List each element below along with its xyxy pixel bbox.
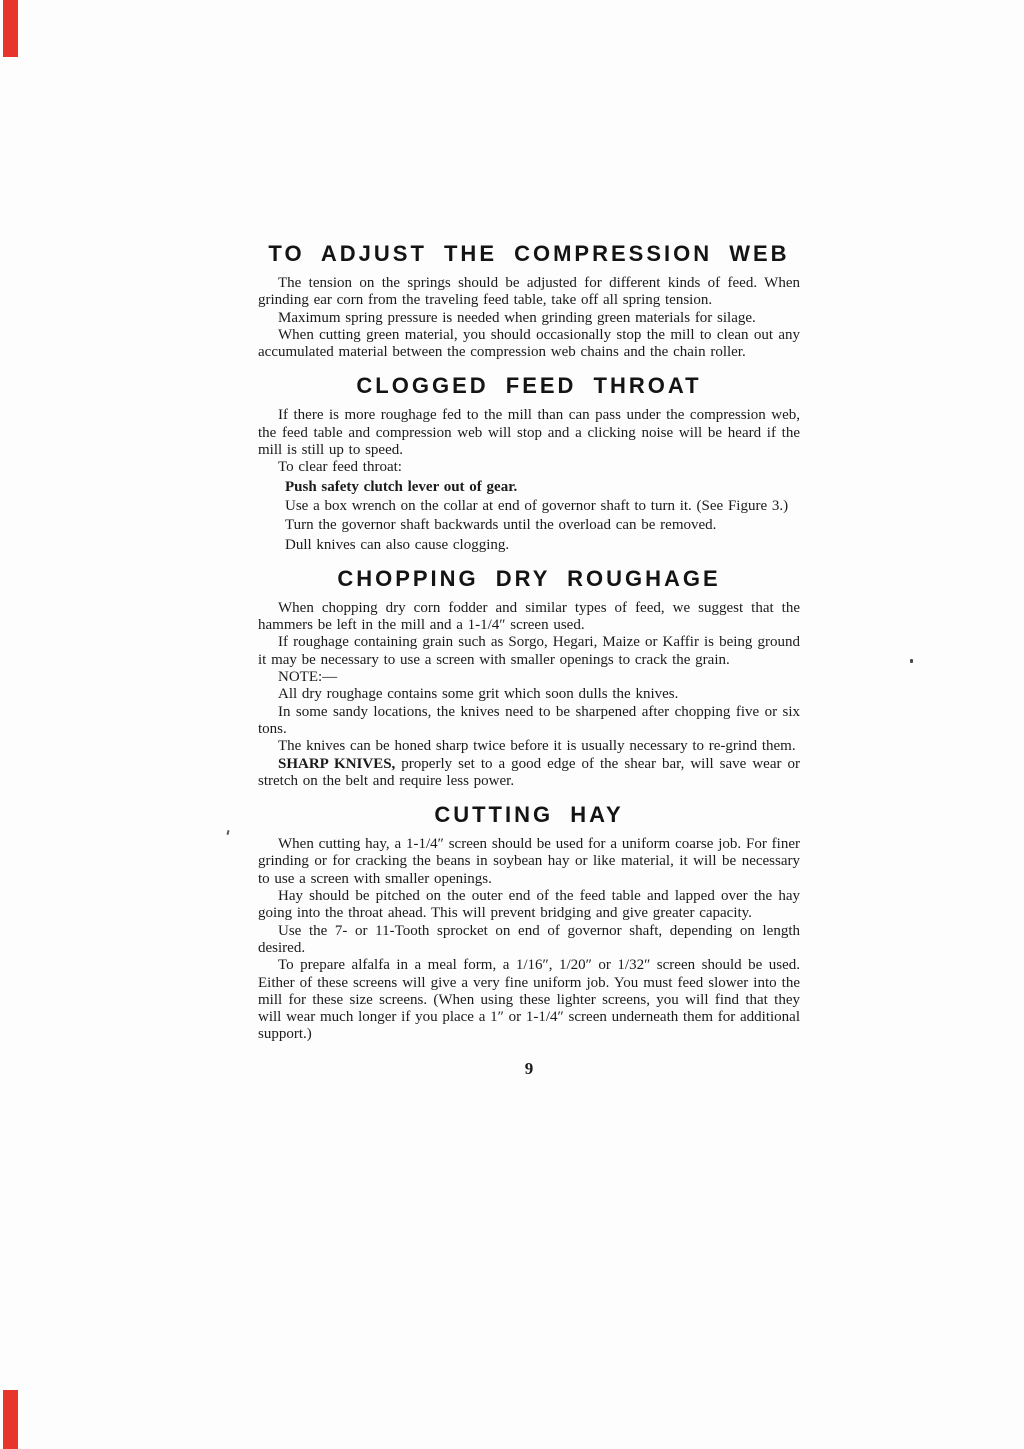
paragraph: To clear feed throat: <box>258 459 800 476</box>
content-column: TO ADJUST THE COMPRESSION WEBThe tension… <box>258 243 800 1079</box>
paragraph-text: If roughage containing grain such as Sor… <box>258 634 800 667</box>
red-edge-mark-top <box>3 0 18 57</box>
paragraph-text: Use a box wrench on the collar at end of… <box>285 498 788 514</box>
paragraph: Maximum spring pressure is needed when g… <box>258 310 800 327</box>
paragraph: If roughage containing grain such as Sor… <box>258 634 800 669</box>
paragraph: The knives can be honed sharp twice befo… <box>258 738 800 755</box>
paragraph-text: When cutting hay, a 1-1/4″ screen should… <box>258 836 800 887</box>
manual-section: CLOGGED FEED THROATIf there is more roug… <box>258 375 800 553</box>
paragraph-text: NOTE:— <box>278 669 337 685</box>
paragraph: The tension on the springs should be adj… <box>258 275 800 310</box>
section-heading: CLOGGED FEED THROAT <box>258 375 800 397</box>
manual-section: CUTTING HAYWhen cutting hay, a 1-1/4″ sc… <box>258 804 800 1044</box>
paragraph-text: Maximum spring pressure is needed when g… <box>278 310 756 326</box>
paragraph-text: To clear feed throat: <box>278 459 402 475</box>
paragraph-text: If there is more roughage fed to the mil… <box>258 407 800 458</box>
paragraph: Use the 7- or 11-Tooth sprocket on end o… <box>258 923 800 958</box>
paragraph: All dry roughage contains some grit whic… <box>258 686 800 703</box>
scan-speck <box>910 659 913 663</box>
paragraph-text: Use the 7- or 11-Tooth sprocket on end o… <box>258 923 800 956</box>
paragraph-text: When cutting green material, you should … <box>258 327 800 360</box>
section-heading: TO ADJUST THE COMPRESSION WEB <box>258 243 800 265</box>
manual-section: CHOPPING DRY ROUGHAGEWhen chopping dry c… <box>258 568 800 790</box>
paragraph-text: All dry roughage contains some grit whic… <box>278 686 678 702</box>
paragraph: NOTE:— <box>258 669 800 686</box>
paragraph: When chopping dry corn fodder and simila… <box>258 600 800 635</box>
paragraph: Turn the governor shaft backwards until … <box>258 517 800 534</box>
paragraph: When cutting hay, a 1-1/4″ screen should… <box>258 836 800 888</box>
bold-lead: Push safety clutch lever out of gear. <box>285 479 517 495</box>
manual-page: TO ADJUST THE COMPRESSION WEBThe tension… <box>0 0 1024 1449</box>
paragraph-text: Dull knives can also cause clogging. <box>285 537 509 553</box>
paragraph: To prepare alfalfa in a meal form, a 1/1… <box>258 957 800 1043</box>
page-number: 9 <box>258 1059 800 1079</box>
red-edge-mark-bottom <box>3 1390 18 1449</box>
paragraph-text: When chopping dry corn fodder and simila… <box>258 600 800 633</box>
paragraph: In some sandy locations, the knives need… <box>258 704 800 739</box>
paragraph-text: Hay should be pitched on the outer end o… <box>258 888 800 921</box>
scan-speck <box>226 830 229 835</box>
paragraph-text: The knives can be honed sharp twice befo… <box>278 738 796 754</box>
paragraph-text: In some sandy locations, the knives need… <box>258 704 800 737</box>
paragraph: When cutting green material, you should … <box>258 327 800 362</box>
paragraph: If there is more roughage fed to the mil… <box>258 407 800 459</box>
paragraph-text: The tension on the springs should be adj… <box>258 275 800 308</box>
manual-section: TO ADJUST THE COMPRESSION WEBThe tension… <box>258 243 800 361</box>
bold-lead: SHARP KNIVES, <box>278 756 395 772</box>
paragraph-text: Turn the governor shaft backwards until … <box>285 517 716 533</box>
paragraph: Hay should be pitched on the outer end o… <box>258 888 800 923</box>
section-heading: CHOPPING DRY ROUGHAGE <box>258 568 800 590</box>
paragraph-text: To prepare alfalfa in a meal form, a 1/1… <box>258 957 800 1042</box>
paragraph: Push safety clutch lever out of gear. <box>258 479 800 496</box>
paragraph: Dull knives can also cause clogging. <box>258 537 800 554</box>
paragraph: Use a box wrench on the collar at end of… <box>258 498 800 515</box>
section-heading: CUTTING HAY <box>258 804 800 826</box>
paragraph: SHARP KNIVES, properly set to a good edg… <box>258 756 800 791</box>
